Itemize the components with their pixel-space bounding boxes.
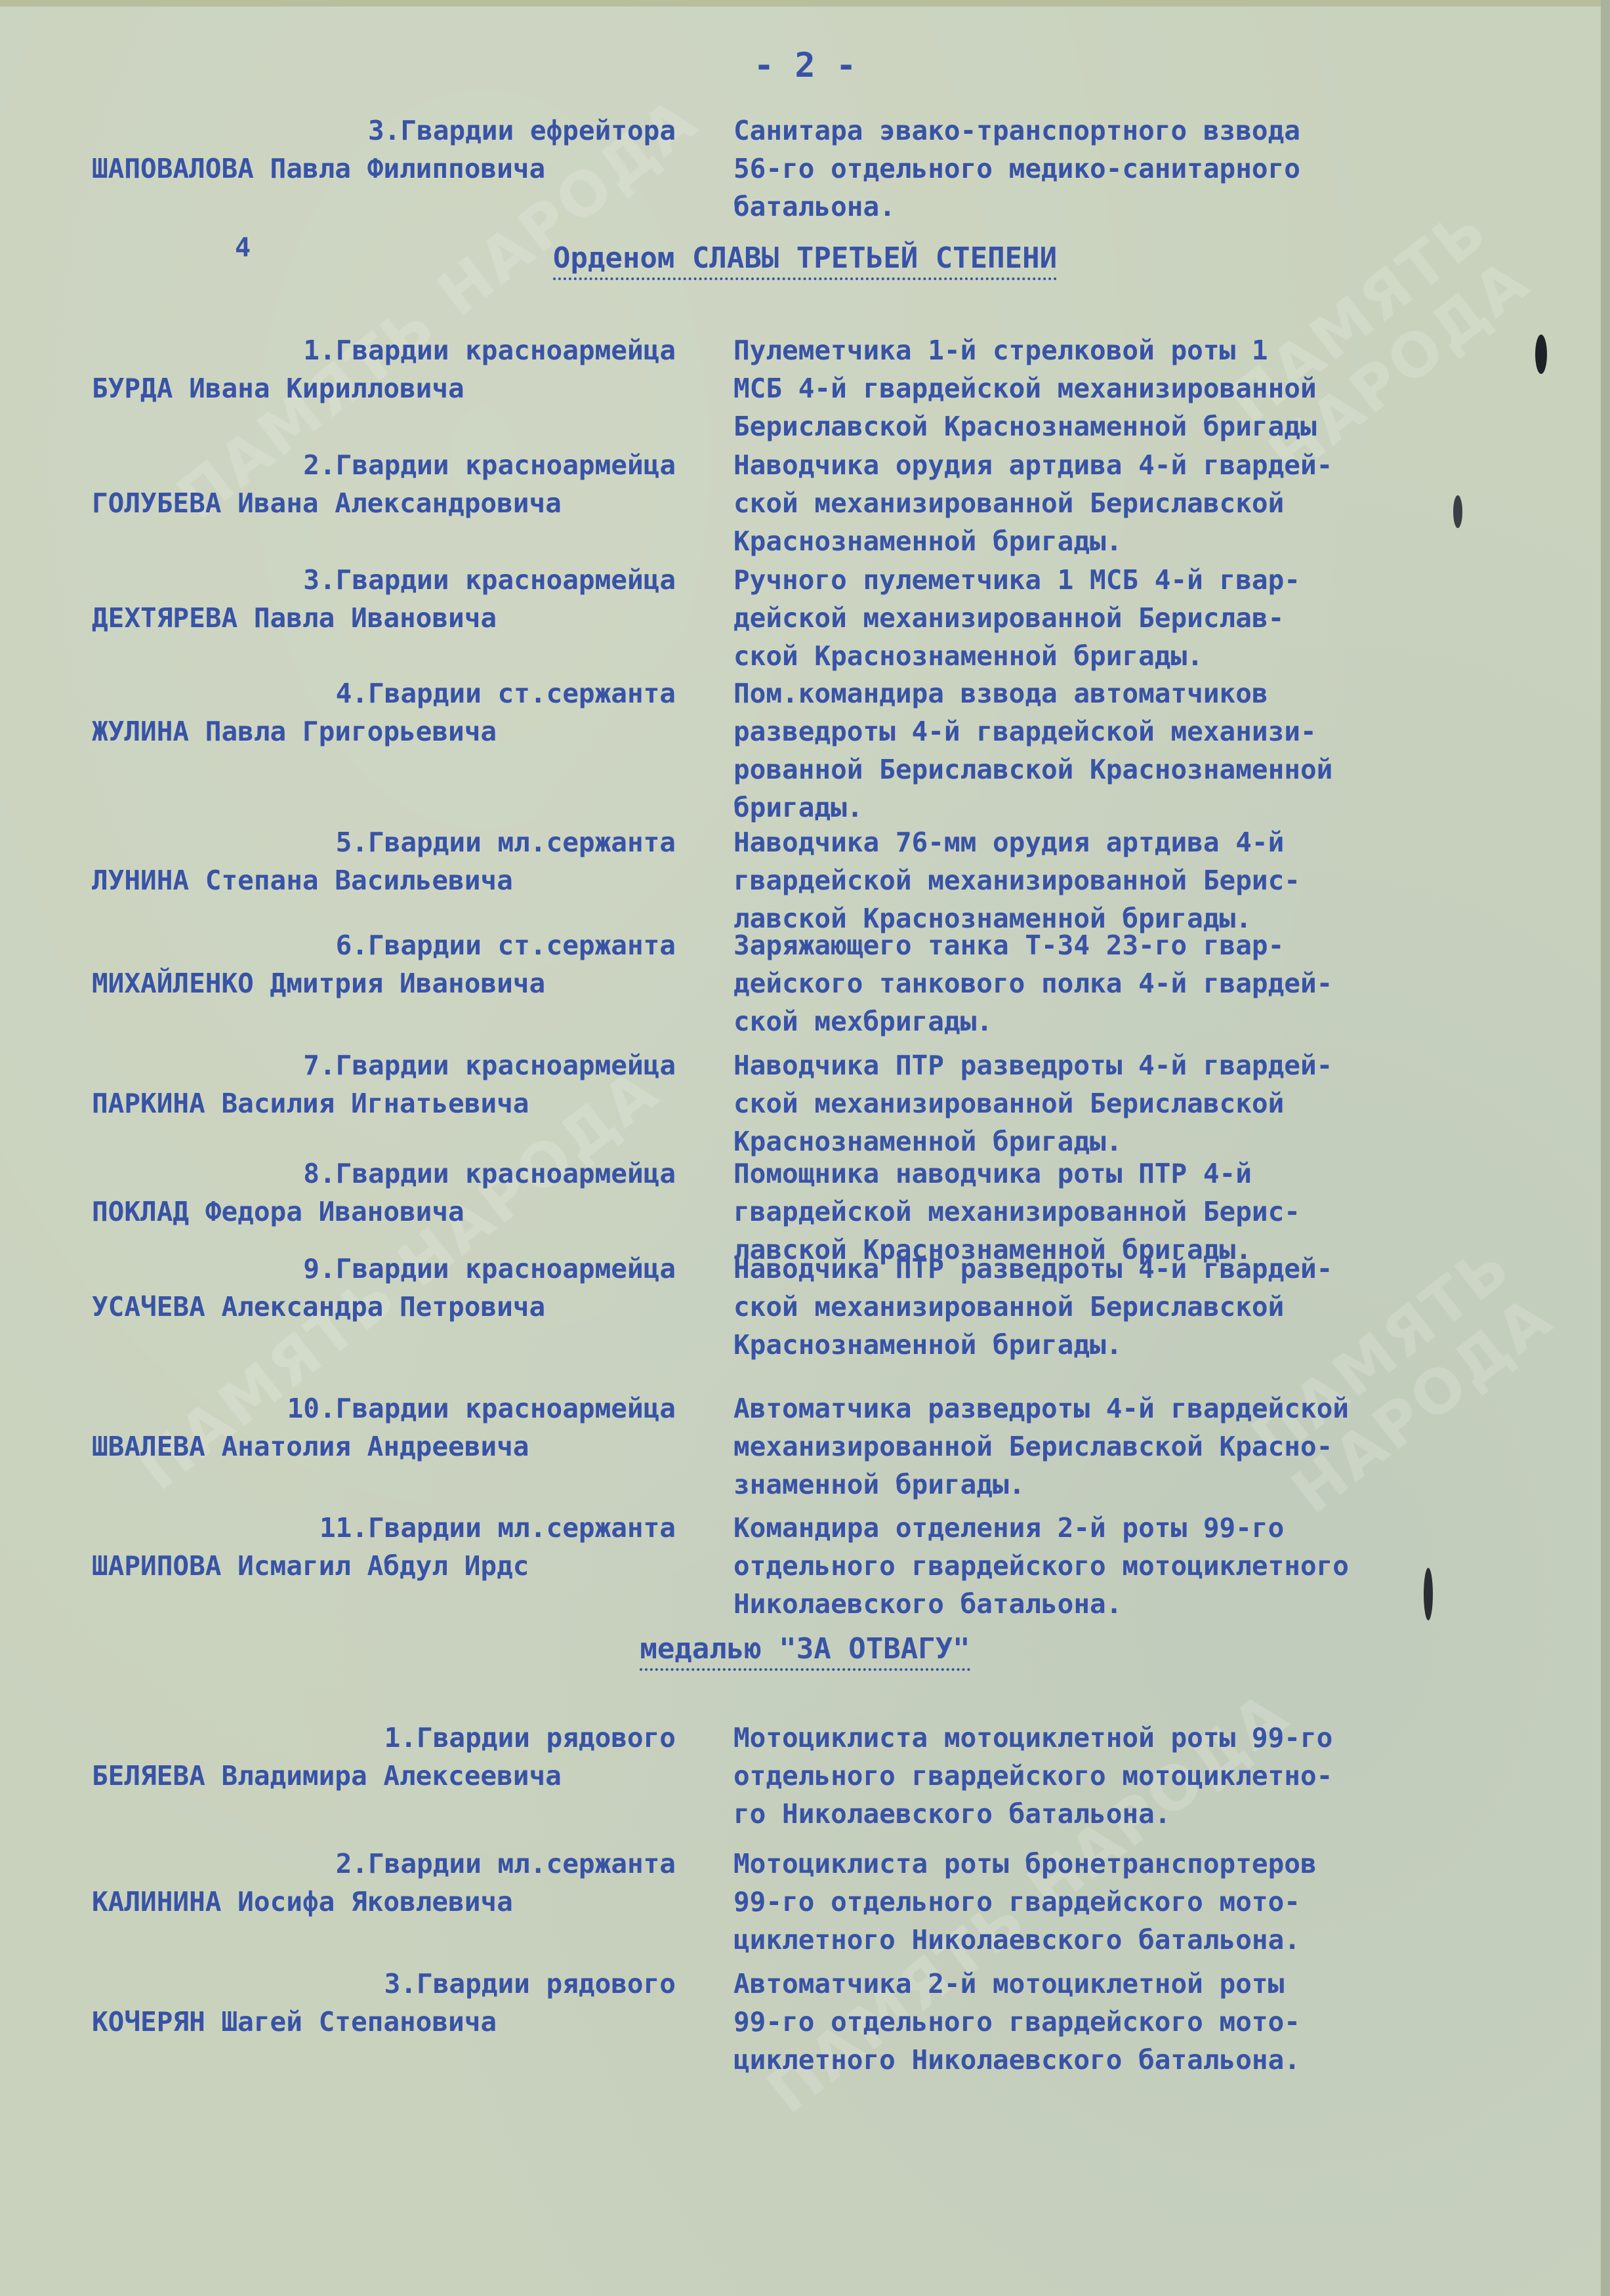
entry-rank: 8.Гвардии красноармейца <box>303 1158 676 1189</box>
entry-rank: 3.Гвардии рядового <box>384 1968 676 1999</box>
entry-name: ЛУНИНА Степана Васильевича <box>92 861 676 899</box>
entry-description: Автоматчика разведроты 4-й гвардейской м… <box>733 1389 1495 1504</box>
entry-name: КОЧЕРЯН Шагей Степановича <box>92 2003 676 2041</box>
entry-rank: 11.Гвардии мл.сержанта <box>320 1512 676 1544</box>
entry-description: Мотоциклиста мотоциклетной роты 99-го от… <box>733 1719 1495 1833</box>
entry-rank: 1.Гвардии красноармейца <box>303 335 676 366</box>
entry-rank: 9.Гвардии красноармейца <box>303 1253 676 1284</box>
paper-top-edge <box>0 0 1610 7</box>
entry-name: ПОКЛАД Федора Ивановича <box>92 1193 676 1231</box>
entry-description: Заряжающего танка Т-34 23-го гвар- дейск… <box>733 926 1495 1040</box>
entry-rank: 4.Гвардии ст.сержанта <box>336 678 676 709</box>
entry-rank: 2.Гвардии мл.сержанта <box>336 1848 676 1879</box>
entry-description: Наводчика ПТР разведроты 4-й гвардей- ск… <box>733 1046 1495 1160</box>
paper-hole-mark <box>1453 495 1462 528</box>
section-title-order-of-glory: Орденом СЛАВЫ ТРЕТЬЕЙ СТЕПЕНИ <box>0 241 1610 275</box>
entry-description: Ручного пулеметчика 1 МСБ 4-й гвар- дейс… <box>733 561 1495 675</box>
page-number: - 2 - <box>0 46 1610 85</box>
entry-description: Наводчика орудия артдива 4-й гвардей- ск… <box>733 446 1495 560</box>
paper-right-edge <box>1601 0 1610 2296</box>
entry-description: Наводчика ПТР разведроты 4-й гвардей- ск… <box>733 1250 1495 1364</box>
entry-description: Наводчика 76-мм орудия артдива 4-й гвард… <box>733 823 1495 937</box>
entry-description: Санитара эвако-транспортного взвода 56-г… <box>733 112 1495 226</box>
entry-description: Автоматчика 2-й мотоциклетной роты 99-го… <box>733 1965 1495 2079</box>
entry-name: ШВАЛЕВА Анатолия Андреевича <box>92 1427 676 1466</box>
entry-name: ПАРКИНА Василия Игнатьевича <box>92 1084 676 1122</box>
paper-hole-mark <box>1424 1568 1433 1620</box>
entry-rank: 1.Гвардии рядового <box>384 1722 676 1753</box>
entry-description: Командира отделения 2-й роты 99-го отдел… <box>733 1509 1495 1623</box>
entry-name: БУРДА Ивана Кирилловича <box>92 369 676 407</box>
entry-rank: 2.Гвардии красноармейца <box>303 449 676 481</box>
entry-name: ШАРИПОВА Исмагил Абдул Ирдс <box>92 1547 676 1585</box>
entry-rank: 3.Гвардии ефрейтора <box>368 115 676 146</box>
entry-rank: 10.Гвардии красноармейца <box>287 1393 676 1424</box>
entry-name: ЖУЛИНА Павла Григорьевича <box>92 712 676 750</box>
entry-description: Пом.командира взвода автоматчиков развед… <box>733 674 1495 827</box>
entry-rank: 3.Гвардии красноармейца <box>303 564 676 596</box>
section-title-medal-for-courage: медалью "ЗА ОТВАГУ" <box>0 1632 1610 1666</box>
entry-name: КАЛИНИНА Иосифа Яковлевича <box>92 1883 676 1921</box>
entry-name: БЕЛЯЕВА Владимира Алексеевича <box>92 1757 676 1795</box>
entry-rank: 5.Гвардии мл.сержанта <box>336 827 676 858</box>
entry-description: Пулеметчика 1-й стрелковой роты 1 МСБ 4-… <box>733 331 1495 445</box>
entry-name: ГОЛУБЕВА Ивана Александровича <box>92 484 676 522</box>
entry-rank: 7.Гвардии красноармейца <box>303 1050 676 1081</box>
entry-rank: 6.Гвардии ст.сержанта <box>336 930 676 961</box>
entry-name: УСАЧЕВА Александра Петровича <box>92 1288 676 1326</box>
entry-name: ДЕХТЯРЕВА Павла Ивановича <box>92 599 676 637</box>
entry-name: ШАПОВАЛОВА Павла Филипповича <box>92 150 676 188</box>
paper-hole-mark <box>1535 335 1547 374</box>
entry-name: МИХАЙЛЕНКО Дмитрия Ивановича <box>92 964 676 1002</box>
entry-description: Мотоциклиста роты бронетранспортеров 99-… <box>733 1845 1495 1959</box>
